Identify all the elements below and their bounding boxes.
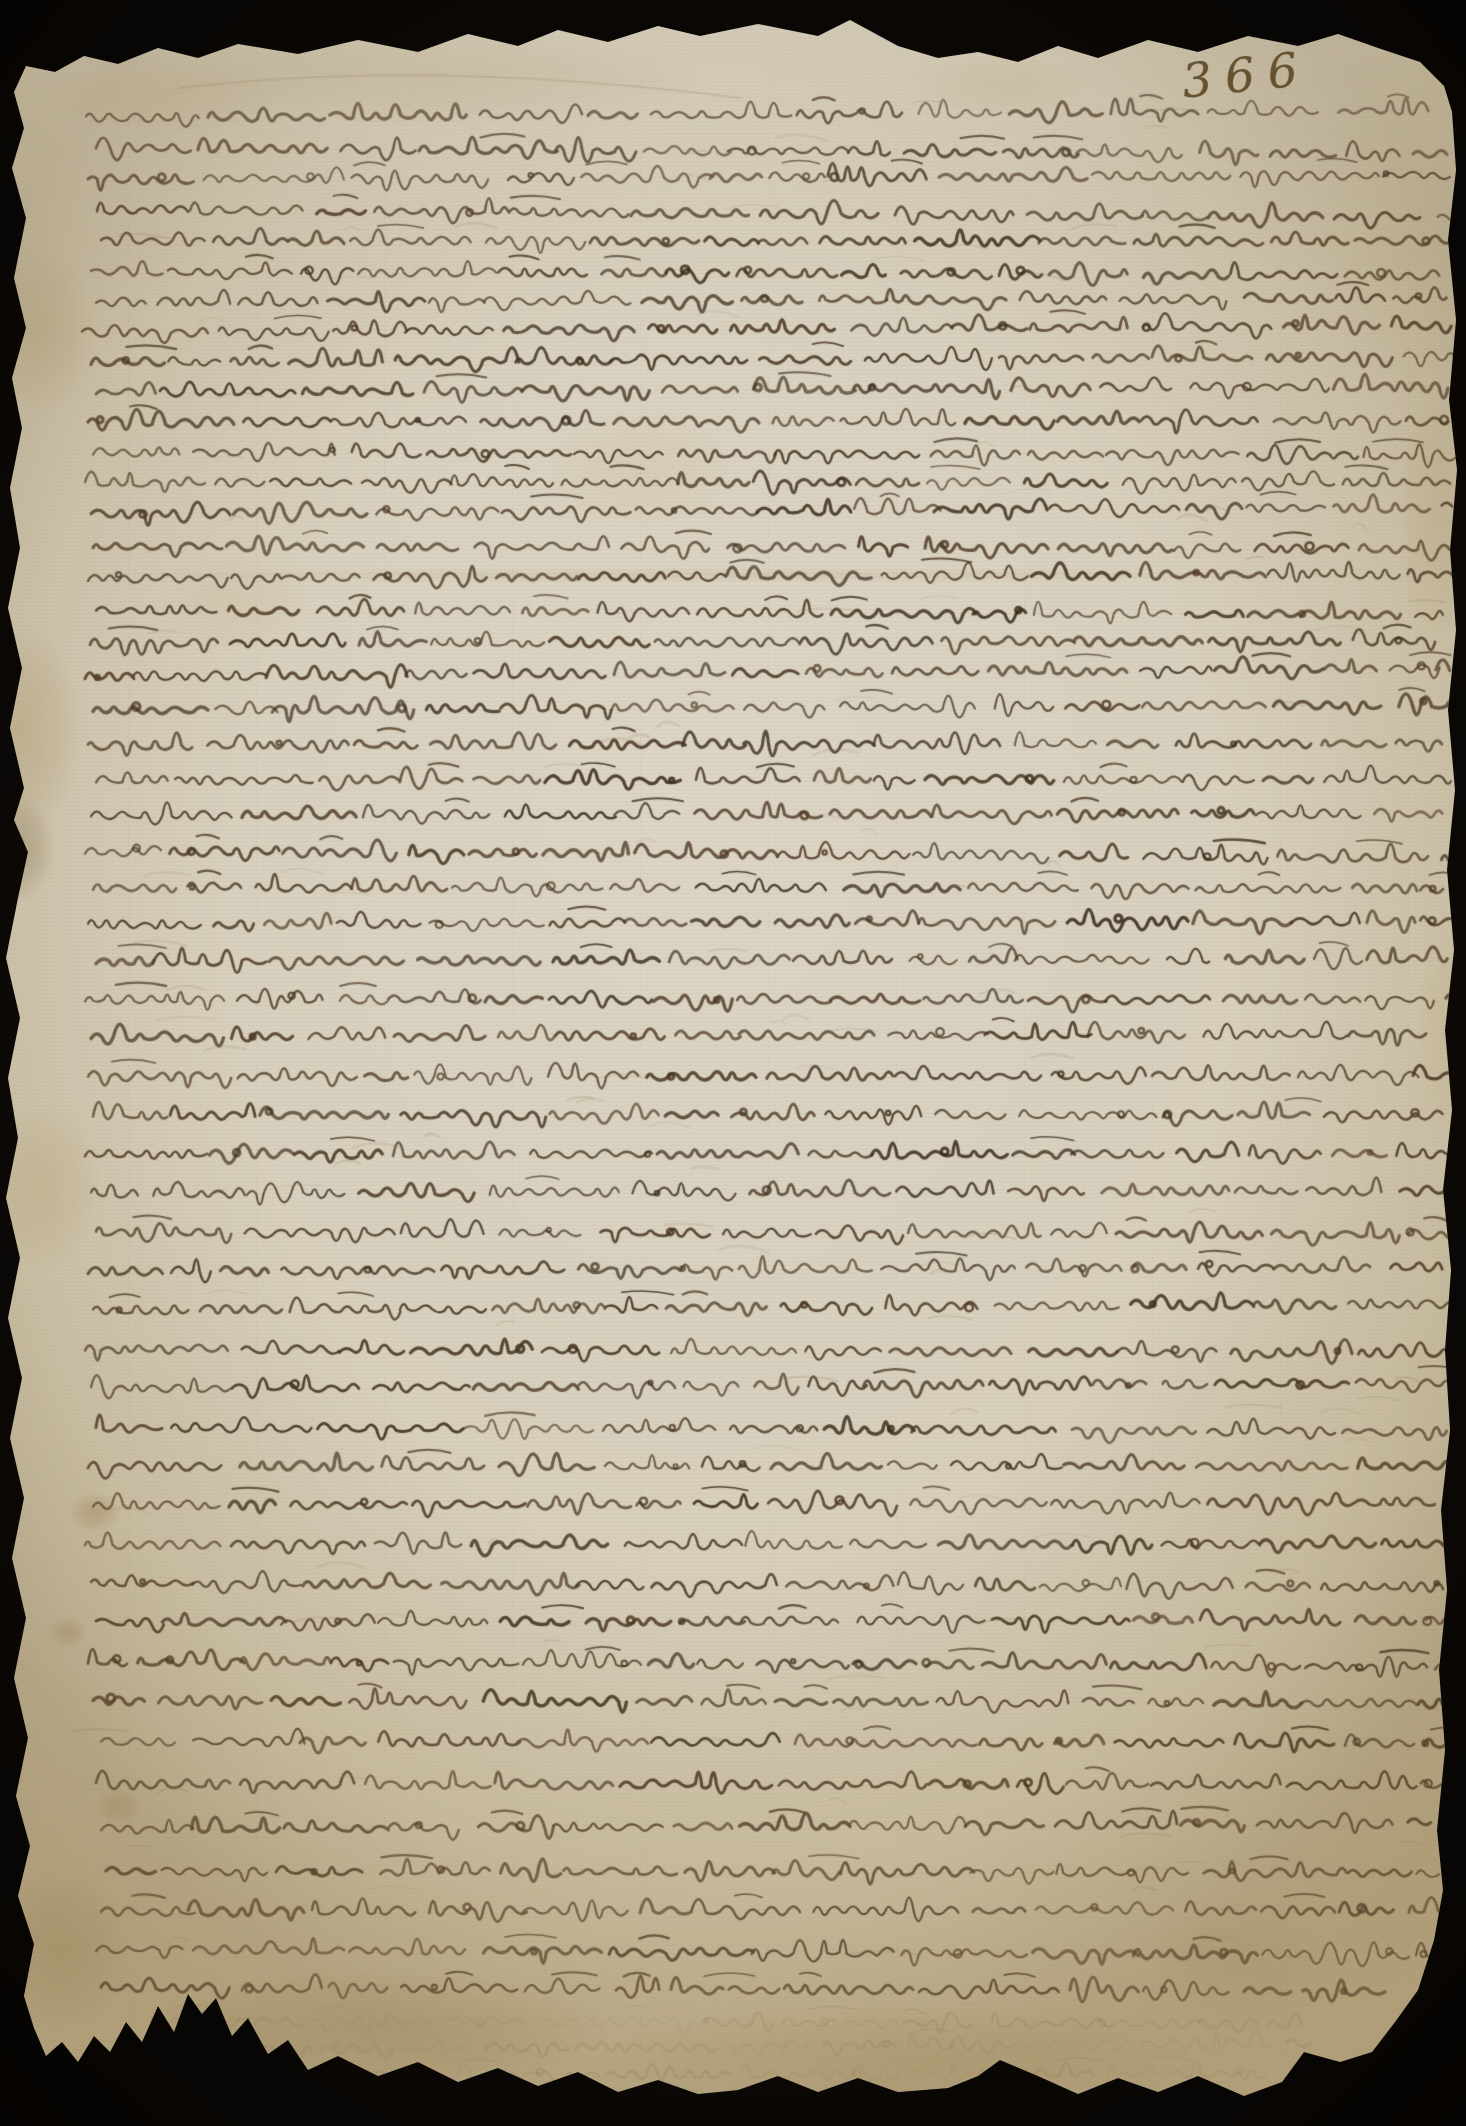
scan-backdrop: 366	[0, 0, 1466, 2126]
handwriting-ink-layer	[0, 0, 1466, 2126]
manuscript-page: 366	[0, 0, 1466, 2126]
